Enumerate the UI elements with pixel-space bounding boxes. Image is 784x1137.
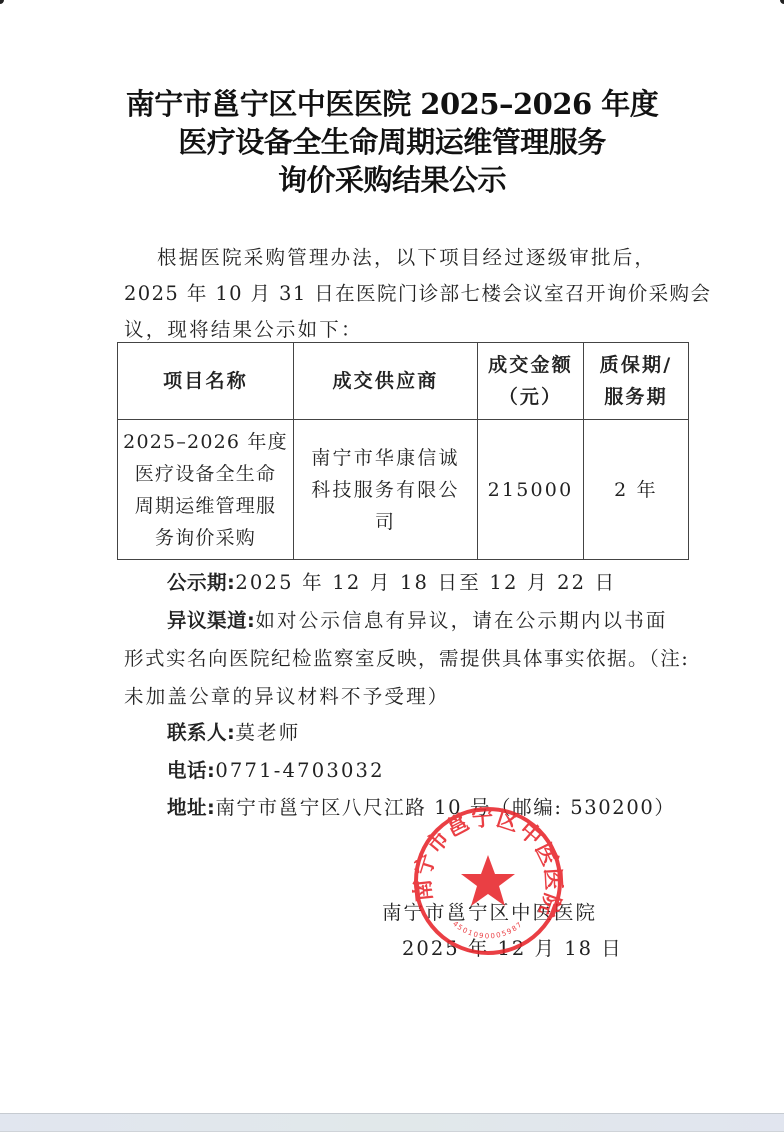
intro-line-1: 根据医院采购管理办法，以下项目经过逐级审批后， (157, 240, 656, 276)
header-amount: 成交金额 （元） (478, 343, 584, 420)
title-line-2: 医疗设备全生命周期运维管理服务 (0, 124, 784, 160)
address-label: 地址: (167, 796, 215, 819)
table-header-row: 项目名称 成交供应商 成交金额 （元） 质保期/ 服务期 (118, 343, 689, 420)
header-text: （元） (478, 381, 583, 413)
phone-value: 0771-4703032 (215, 759, 384, 782)
svg-text:4501090005987: 4501090005987 (451, 920, 524, 941)
phone: 电话:0771-4703032 (167, 753, 385, 789)
document-page: 南宁市邕宁区中医医院 2025–2026 年度 医疗设备全生命周期运维管理服务 … (0, 0, 784, 1108)
objection-line-1: 异议渠道:如对公示信息有异议，请在公示期内以书面 (167, 603, 668, 639)
contact-person: 联系人:莫老师 (167, 715, 300, 751)
objection-line-2: 形式实名向医院纪检监察室反映，需提供具体事实依据。（注: (124, 641, 689, 677)
objection-text: 如对公示信息有异议，请在公示期内以书面 (255, 609, 667, 632)
official-seal-icon: 南宁市邕宁区中医医院 4501090005987 (412, 805, 564, 957)
header-supplier: 成交供应商 (294, 343, 478, 420)
table-row: 2025–2026 年度 医疗设备全生命 周期运维管理服 务询价采购 南宁市华康… (118, 420, 689, 560)
cell-amount: 215000 (478, 420, 584, 560)
phone-label: 电话: (167, 759, 215, 782)
cell-text: 医疗设备全生命 (118, 458, 293, 490)
cell-text: 科技服务有限公 (294, 474, 477, 506)
notice-period: 公示期:2025 年 12 月 18 日至 12 月 22 日 (167, 565, 616, 601)
header-text: 成交金额 (478, 349, 583, 381)
cell-text: 周期运维管理服 (118, 490, 293, 522)
objection-label: 异议渠道: (167, 609, 255, 632)
title-line-1: 南宁市邕宁区中医医院 2025–2026 年度 (0, 86, 784, 122)
seal-code: 4501090005987 (451, 920, 524, 941)
header-text: 项目名称 (118, 365, 293, 397)
header-warranty: 质保期/ 服务期 (584, 343, 689, 420)
page-corner-top-right (780, 0, 784, 4)
header-text: 质保期/ (584, 349, 688, 381)
cell-text: 司 (294, 506, 477, 538)
cell-warranty: 2 年 (584, 420, 689, 560)
header-project-name: 项目名称 (118, 343, 294, 420)
notice-period-value: 2025 年 12 月 18 日至 12 月 22 日 (235, 571, 616, 594)
cell-text: 2025–2026 年度 (118, 426, 293, 458)
title-line-3: 询价采购结果公示 (0, 162, 784, 198)
intro-line-2: 2025 年 10 月 31 日在医院门诊部七楼会议室召开询价采购会 (124, 276, 711, 312)
notice-period-label: 公示期: (167, 571, 235, 594)
cell-supplier: 南宁市华康信诚 科技服务有限公 司 (294, 420, 478, 560)
header-text: 成交供应商 (294, 365, 477, 397)
contact-label: 联系人: (167, 721, 235, 744)
cell-text: 南宁市华康信诚 (294, 442, 477, 474)
bottom-scrollbar[interactable] (0, 1113, 784, 1132)
cell-project-name: 2025–2026 年度 医疗设备全生命 周期运维管理服 务询价采购 (118, 420, 294, 560)
page-corner-top-left (0, 0, 4, 4)
cell-text: 务询价采购 (118, 522, 293, 554)
header-text: 服务期 (584, 381, 688, 413)
objection-line-3: 未加盖公章的异议材料不予受理） (124, 679, 450, 715)
contact-value: 莫老师 (235, 721, 300, 744)
result-table: 项目名称 成交供应商 成交金额 （元） 质保期/ 服务期 2025–2026 年… (117, 342, 689, 560)
